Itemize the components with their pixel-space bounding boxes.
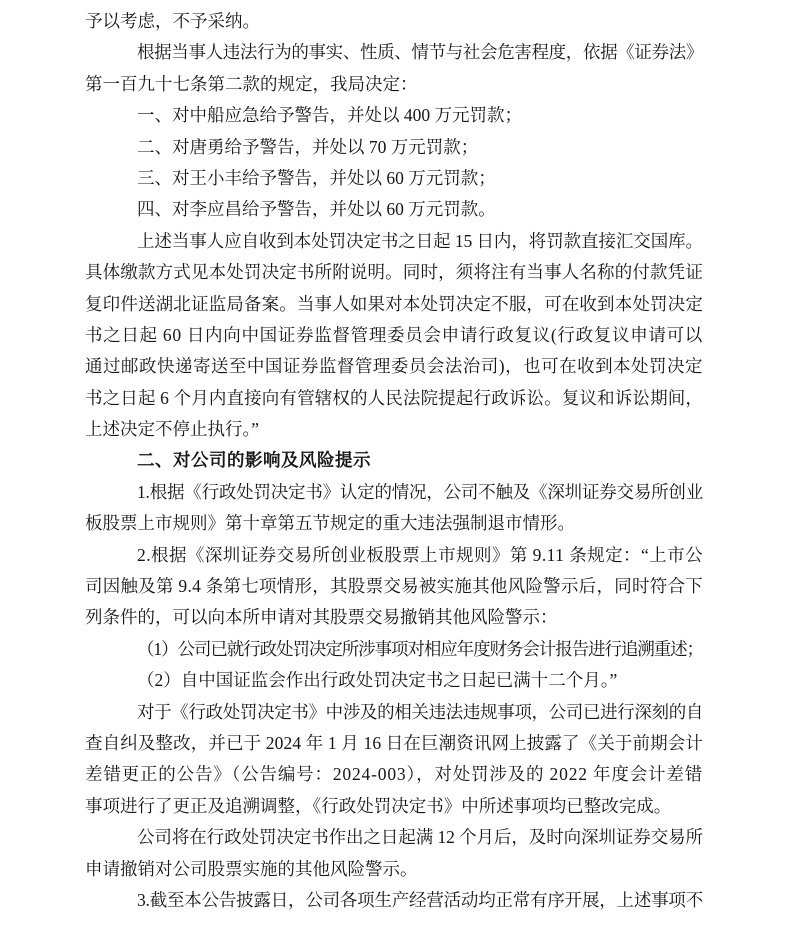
text-line: 第一百九十七条第二款的规定，我局决定： — [85, 69, 703, 100]
text-line: （1）公司已就行政处罚决定所涉事项对相应年度财务会计报告进行追溯重述； — [85, 634, 703, 665]
text-line: 板股票上市规则》第十章第五节规定的重大违法强制退市情形。 — [85, 508, 703, 539]
text-line-content: 上述决定不停止执行。” — [85, 419, 259, 439]
text-line-content: 对于《行政处罚决定书》中涉及的相关违法违规事项，公司已进行深刻的自 — [137, 702, 703, 722]
text-line-content: 通过邮政快递寄送至中国证券监督管理委员会法治司)，也可在收到本处罚决定 — [85, 356, 703, 376]
text-line-content: 第一百九十七条第二款的规定，我局决定： — [85, 74, 418, 94]
text-line-content: 板股票上市规则》第十章第五节规定的重大违法强制退市情形。 — [85, 513, 575, 533]
text-line: 通过邮政快递寄送至中国证券监督管理委员会法治司)，也可在收到本处罚决定 — [85, 351, 703, 382]
text-line: 对于《行政处罚决定书》中涉及的相关违法违规事项，公司已进行深刻的自 — [85, 697, 703, 728]
text-line-content: 复印件送湖北证监局备案。当事人如果对本处罚决定不服，可在收到本处罚决定 — [85, 294, 703, 314]
text-line-content: 二、对公司的影响及风险提示 — [137, 450, 371, 470]
text-line: 四、对李应昌给予警告，并处以 60 万元罚款。 — [85, 194, 703, 225]
text-line: 查自纠及整改，并已于 2024 年 1 月 16 日在巨潮资讯网上披露了《关于前… — [85, 728, 703, 759]
text-line: 复印件送湖北证监局备案。当事人如果对本处罚决定不服，可在收到本处罚决定 — [85, 289, 703, 320]
text-line-content: 申请撤销对公司股票实施的其他风险警示。 — [85, 859, 418, 879]
text-line-content: 2.根据《深圳证券交易所创业板股票上市规则》第 9.11 条规定：“上市公 — [137, 545, 703, 565]
text-line-content: 二、对唐勇给予警告，并处以 70 万元罚款； — [137, 137, 478, 157]
text-line-content: 事项进行了更正及追溯调整，《行政处罚决定书》中所述事项均已整改完成。 — [85, 796, 671, 816]
document-text-block: 予以考虑，不予采纳。根据当事人违法行为的事实、性质、情节与社会危害程度，依据《证… — [85, 6, 703, 916]
text-line: 1.根据《行政处罚决定书》认定的情况，公司不触及《深圳证券交易所创业 — [85, 477, 703, 508]
section-heading: 二、对公司的影响及风险提示 — [85, 445, 703, 476]
text-line-content: 上述当事人应自收到本处罚决定书之日起 15 日内，将罚款直接汇交国库。 — [137, 231, 703, 251]
text-line: 一、对中船应急给予警告，并处以 400 万元罚款； — [85, 100, 703, 131]
text-line: 事项进行了更正及追溯调整，《行政处罚决定书》中所述事项均已整改完成。 — [85, 791, 703, 822]
text-line-content: 公司将在行政处罚决定书作出之日起满 12 个月后，及时向深圳证券交易所 — [137, 827, 703, 847]
text-line: 三、对王小丰给予警告，并处以 60 万元罚款； — [85, 163, 703, 194]
text-line-content: 书之日起 60 日内向中国证券监督管理委员会申请行政复议(行政复议申请可以 — [85, 325, 703, 345]
text-line-content: 3.截至本公告披露日，公司各项生产经营活动均正常有序开展，上述事项不 — [137, 890, 703, 910]
text-line-content: 列条件的，可以向本所申请对其股票交易撤销其他风险警示： — [85, 607, 558, 627]
text-line-content: 具体缴款方式见本处罚决定书所附说明。同时，须将注有当事人名称的付款凭证 — [85, 262, 703, 282]
text-line: 上述当事人应自收到本处罚决定书之日起 15 日内，将罚款直接汇交国库。 — [85, 226, 703, 257]
text-line-content: 四、对李应昌给予警告，并处以 60 万元罚款。 — [137, 199, 496, 219]
text-line-content: 三、对王小丰给予警告，并处以 60 万元罚款； — [137, 168, 496, 188]
text-line: 司因触及第 9.4 条第七项情形，其股票交易被实施其他风险警示后，同时符合下 — [85, 571, 703, 602]
text-line-content: 查自纠及整改，并已于 2024 年 1 月 16 日在巨潮资讯网上披露了《关于前… — [85, 733, 703, 753]
text-line: 公司将在行政处罚决定书作出之日起满 12 个月后，及时向深圳证券交易所 — [85, 822, 703, 853]
text-line-content: （1）公司已就行政处罚决定所涉事项对相应年度财务会计报告进行追溯重述； — [137, 639, 703, 659]
text-line-content: 予以考虑，不予采纳。 — [85, 11, 260, 31]
text-line-content: 书之日起 6 个月内直接向有管辖权的人民法院提起行政诉讼。复议和诉讼期间， — [85, 388, 703, 408]
text-line: 上述决定不停止执行。” — [85, 414, 703, 445]
text-line: 差错更正的公告》（公告编号：2024-003），对处罚涉及的 2022 年度会计… — [85, 759, 703, 790]
text-line-content: （2）自中国证监会作出行政处罚决定书之日起已满十二个月。” — [137, 670, 617, 690]
text-line: 2.根据《深圳证券交易所创业板股票上市规则》第 9.11 条规定：“上市公 — [85, 540, 703, 571]
text-line: 申请撤销对公司股票实施的其他风险警示。 — [85, 854, 703, 885]
text-line: （2）自中国证监会作出行政处罚决定书之日起已满十二个月。” — [85, 665, 703, 696]
text-line: 3.截至本公告披露日，公司各项生产经营活动均正常有序开展，上述事项不 — [85, 885, 703, 916]
text-line-content: 根据当事人违法行为的事实、性质、情节与社会危害程度，依据《证券法》 — [137, 42, 703, 62]
text-line: 根据当事人违法行为的事实、性质、情节与社会危害程度，依据《证券法》 — [85, 37, 703, 68]
text-line: 具体缴款方式见本处罚决定书所附说明。同时，须将注有当事人名称的付款凭证 — [85, 257, 703, 288]
text-line-content: 差错更正的公告》（公告编号：2024-003），对处罚涉及的 2022 年度会计… — [85, 764, 703, 784]
text-line-content: 一、对中船应急给予警告，并处以 400 万元罚款； — [137, 105, 522, 125]
text-line: 予以考虑，不予采纳。 — [85, 6, 703, 37]
document-page: 予以考虑，不予采纳。根据当事人违法行为的事实、性质、情节与社会危害程度，依据《证… — [0, 0, 785, 930]
text-line: 列条件的，可以向本所申请对其股票交易撤销其他风险警示： — [85, 602, 703, 633]
text-line: 二、对唐勇给予警告，并处以 70 万元罚款； — [85, 132, 703, 163]
text-line-content: 司因触及第 9.4 条第七项情形，其股票交易被实施其他风险警示后，同时符合下 — [85, 576, 703, 596]
text-line-content: 1.根据《行政处罚决定书》认定的情况，公司不触及《深圳证券交易所创业 — [137, 482, 703, 502]
text-line: 书之日起 6 个月内直接向有管辖权的人民法院提起行政诉讼。复议和诉讼期间， — [85, 383, 703, 414]
text-line: 书之日起 60 日内向中国证券监督管理委员会申请行政复议(行政复议申请可以 — [85, 320, 703, 351]
